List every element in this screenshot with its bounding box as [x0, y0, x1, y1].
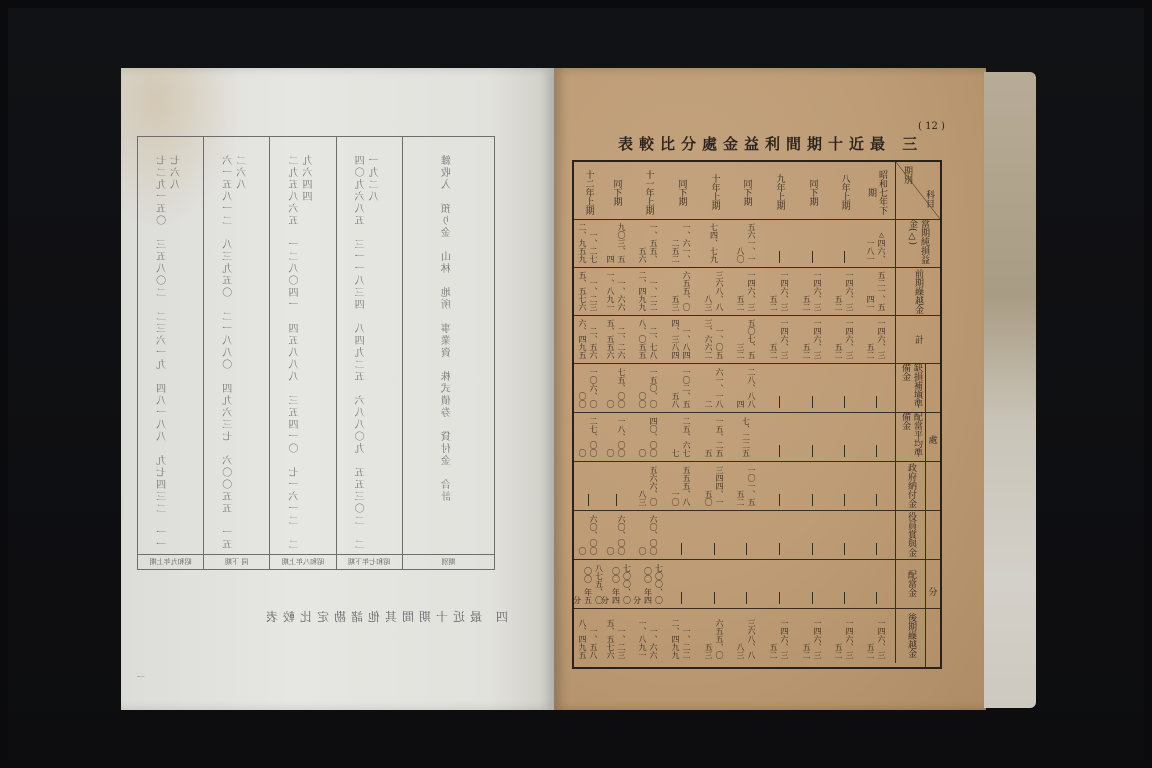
row-label: 當期純損益金(△): [895, 219, 940, 267]
cell-empty: [572, 465, 604, 506]
period-header: 同下期: [600, 166, 632, 218]
cell-empty: [600, 465, 632, 506]
cell: 二八、八八四: [730, 367, 762, 408]
corner-label-top: 科目: [923, 190, 936, 208]
cell: 一、二三五、五七六: [600, 612, 632, 659]
cell: 一四六、三五二: [860, 612, 892, 659]
row-label: 前期繰越金: [895, 267, 940, 315]
cell: 八七五、〇〇〇 年五分: [572, 563, 604, 604]
period-header: 同下期: [796, 166, 828, 218]
cell: 一五、二五五: [698, 416, 730, 457]
cell: 一八、〇〇〇: [600, 416, 632, 457]
cell-empty: [828, 367, 860, 408]
row-label: 缺損補塡準備金: [895, 363, 926, 412]
cell: 三四四、一五〇: [698, 465, 730, 506]
cell-empty: [860, 465, 892, 506]
mirrored-footer: 期別: [403, 554, 494, 569]
cell: 一、五五、五六: [632, 223, 664, 263]
cell-empty: [796, 563, 828, 604]
cell: 一四六、三五二: [763, 612, 795, 659]
cell-empty: [828, 465, 860, 506]
cell: 一、八四四、三八四: [665, 319, 697, 359]
mirrored-page-marker: 一: [137, 672, 145, 683]
row-label: 配當金: [895, 559, 926, 608]
cell: 一、〇五三、六六二: [698, 319, 730, 359]
period-header: 九年上期: [763, 166, 795, 218]
mirrored-footer: 昭和八年上期: [270, 554, 335, 569]
cell: 六〇、〇〇〇: [600, 514, 632, 555]
cell: 七四、七九: [698, 223, 730, 263]
period-header: 十二年上期: [572, 166, 604, 218]
cell: 五〇七、五三二: [730, 319, 762, 359]
cell: 九〇三、五四: [600, 223, 632, 263]
page-edges: [984, 72, 1036, 708]
cell-empty: [796, 367, 828, 408]
cell: 二、二六五、五五六: [600, 319, 632, 359]
cell: 一、五八八、四九五: [572, 612, 604, 659]
cell: 七五、〇〇〇: [600, 367, 632, 408]
cell-empty: [763, 223, 795, 263]
mirrored-label-column: 雜收入 預り金 山林 地所 事業資 株式債券 貸付金 合計 期別: [403, 137, 494, 569]
row-label: 配當平均準備金: [895, 412, 926, 461]
cell: 二、五六六、四九五: [572, 319, 604, 359]
mirrored-row-labels: 雜收入 預り金 山林 地所 事業資 株式債券 貸付金 合計: [441, 155, 455, 551]
cell: 一四六、三五二: [828, 319, 860, 359]
mirrored-footer: 昭和七年下期: [337, 554, 402, 569]
cell: 一四六、三五二: [796, 612, 828, 659]
cell-empty: [828, 416, 860, 457]
cell-empty: [763, 465, 795, 506]
cell: 二五、六七七: [665, 416, 697, 457]
cell: 六〇、〇〇〇: [572, 514, 604, 555]
table-row: 前期繰越金 五二一、五四一 一四六、三五二 一四六、三五二 一四六、三五二 一四…: [574, 267, 940, 316]
cell-empty: [665, 563, 697, 604]
cell: 一、二二二、四九九: [632, 271, 664, 311]
cell: 一、二三五、五七六: [572, 271, 604, 311]
mirrored-values: 二九五八六五 一二八〇四一 四五八八八 三五四一〇 七一六一二 二九六四四: [289, 155, 317, 551]
table-row: 後期繰越金 一四六、三五二 一四六、三五二 一四六、三五二 一四六、三五二 三六…: [574, 608, 940, 663]
cell: 二七、〇〇〇: [572, 416, 604, 457]
period-header: 昭和七年下期: [860, 166, 892, 218]
mirrored-title: 四 最近十期間其他諸勘定比較表: [261, 608, 508, 625]
mirrored-footer: 同 下期: [204, 554, 269, 569]
period-header: 同下期: [730, 166, 762, 218]
cell-empty: [828, 223, 860, 263]
cell-empty: [763, 416, 795, 457]
table-row: 缺損補塡準備金 二八、八八四 六一、一八二 一〇二、五五八 一五〇、〇〇〇 七五…: [574, 363, 940, 413]
cell-empty: [860, 367, 892, 408]
cell: 一〇一、五五二: [730, 465, 762, 506]
cell: 六〇、〇〇〇: [632, 514, 664, 555]
mirrored-values: 七二九一五〇 三五八〇二 二三六一九 四八一八八 九七四三二 一一七六八: [157, 155, 185, 551]
header-row: 科目 期別 昭和七年下期 八年上期 同下期 九年上期 同下期 十年上期 同下期 …: [574, 162, 940, 220]
cell: 一四六、三五二: [763, 319, 795, 359]
cell-empty: [828, 514, 860, 555]
period-header: 八年上期: [828, 166, 860, 218]
left-page: 雜收入 預り金 山林 地所 事業資 株式債券 貸付金 合計 期別 四〇九六八五 …: [121, 68, 554, 710]
cell-empty: [763, 563, 795, 604]
table-row: 政府納付金 一〇一、五五二 三四四、一五〇 五五五、八一〇 五六六、〇八三: [574, 461, 940, 511]
cell: 五六六、〇八三: [632, 465, 664, 506]
period-header: 十年上期: [698, 166, 730, 218]
cell: 一四六、三五二: [796, 319, 828, 359]
cell: 一四六、三五二: [763, 271, 795, 311]
cell: 一四六、三五二: [828, 612, 860, 659]
cell: 六一、一八二: [698, 367, 730, 408]
cell: 五六一、一八〇: [730, 223, 762, 263]
cell: 二、七八八、〇五五: [632, 319, 664, 359]
row-label: 計: [895, 315, 940, 363]
cell-empty: [796, 465, 828, 506]
cell: 六五五、〇五三: [665, 271, 697, 311]
row-label: 後期繰越金: [895, 608, 926, 663]
cell: 一四六、三五二: [828, 271, 860, 311]
cell-empty: [763, 367, 795, 408]
cell-empty: [828, 563, 860, 604]
mirrored-values: 六一五八一二 八三九五〇 二一八八〇 四九六三七 六〇〇五五 一五二六八: [223, 155, 251, 551]
row-label: 役員賞與金: [895, 510, 926, 559]
cell-empty: [796, 514, 828, 555]
cell-empty: [698, 514, 730, 555]
cell-empty: [730, 514, 762, 555]
header-corner: 科目 期別: [895, 162, 940, 219]
cell: 四〇、〇〇〇: [632, 416, 664, 457]
period-header: 同下期: [665, 166, 697, 218]
mirrored-column: 二九五八六五 一二八〇四一 四五八八八 三五四一〇 七一六一二 二九六四四 昭和…: [270, 137, 336, 569]
cell: 五五五、八一〇: [665, 465, 697, 506]
cell: 一、六一、二五二: [665, 223, 697, 263]
cell: 六五五、〇五三: [698, 612, 730, 659]
cell: 五二一、五四一: [860, 271, 892, 311]
profit-appropriation-table: 科目 期別 昭和七年下期 八年上期 同下期 九年上期 同下期 十年上期 同下期 …: [572, 160, 942, 669]
cell-empty: [730, 563, 762, 604]
cell: 三六八、八八三: [698, 271, 730, 311]
corner-label-bottom: 期別: [901, 166, 914, 184]
cell: 一五〇、〇〇〇: [632, 367, 664, 408]
mirrored-column: 七二九一五〇 三五八〇二 二三六一九 四八一八八 九七四三二 一一七六八 昭和九…: [138, 137, 204, 569]
page-number: ( 12 ): [918, 121, 945, 132]
mirrored-column: 四〇九六八五 三一一八三四 八四九二五 六八八〇九 五五三〇二 二一九二八 昭和…: [337, 137, 403, 569]
mirrored-column: 六一五八一二 八三九五〇 二一八八〇 四九六三七 六〇〇五五 一五二六八 同 下…: [204, 137, 270, 569]
cell-empty: [860, 563, 892, 604]
cell: 一〇二、五五八: [665, 367, 697, 408]
cell-empty: [665, 514, 697, 555]
cell: 三六八、八八三: [730, 612, 762, 659]
mirrored-footer: 昭和九年上期: [138, 554, 203, 569]
cell-empty: [698, 563, 730, 604]
table-row: 計 一四六、三五二 一四六、三五二 一四六、三五二 一四六、三五二 五〇七、五三…: [574, 315, 940, 364]
table-row: 當期純損益金(△) △四六、一八一 五六一、一八〇 七四、七九 一、六一、二五二…: [574, 219, 940, 268]
title-text: 最近十期間利益金處分比較表: [618, 135, 891, 153]
mirrored-table: 雜收入 預り金 山林 地所 事業資 株式債券 貸付金 合計 期別 四〇九六八五 …: [137, 136, 495, 570]
table-title: 三 最近十期間利益金處分比較表: [618, 133, 940, 154]
cell: 七〇〇、〇〇〇 年四分: [632, 563, 664, 604]
table-row: 配當平均準備金 七、二二五 一五、二五五 二五、六七七 四〇、〇〇〇 一八、〇〇…: [574, 412, 940, 462]
cell: 七〇〇、〇〇〇 年四分: [600, 563, 632, 604]
cell: 一四六、三五二: [730, 271, 762, 311]
section-number: 三: [902, 135, 923, 153]
cell: 一、六六一、八九一: [632, 612, 664, 659]
cell: 一四六、三五二: [860, 319, 892, 359]
table-row: 配當金 七〇〇、〇〇〇 年四分 七〇〇、〇〇〇 年四分 八七五、〇〇〇 年五分: [574, 559, 940, 609]
cell: 一〇六、〇〇〇: [572, 367, 604, 408]
cell-empty: [796, 223, 828, 263]
cell-empty: [860, 416, 892, 457]
period-header: 十一年上期: [632, 166, 664, 218]
cell-empty: [860, 514, 892, 555]
cell: 一、六六一、八九一: [600, 271, 632, 311]
cell: △四六、一八一: [860, 223, 892, 263]
mirrored-values: 四〇九六八五 三一一八三四 八四九二五 六八八〇九 五五三〇二 二一九二八: [355, 155, 383, 551]
row-label: 政府納付金: [895, 461, 926, 510]
cell: 七、二二五: [730, 416, 762, 457]
cell: 一、二七二、九五九: [572, 223, 604, 263]
cell: 一四六、三五二: [796, 271, 828, 311]
cell-empty: [763, 514, 795, 555]
cell: 一、二二二、四九九: [665, 612, 697, 659]
cell-empty: [796, 416, 828, 457]
table-row: 役員賞與金 六〇、〇〇〇 六〇、〇〇〇 六〇、〇〇〇: [574, 510, 940, 560]
